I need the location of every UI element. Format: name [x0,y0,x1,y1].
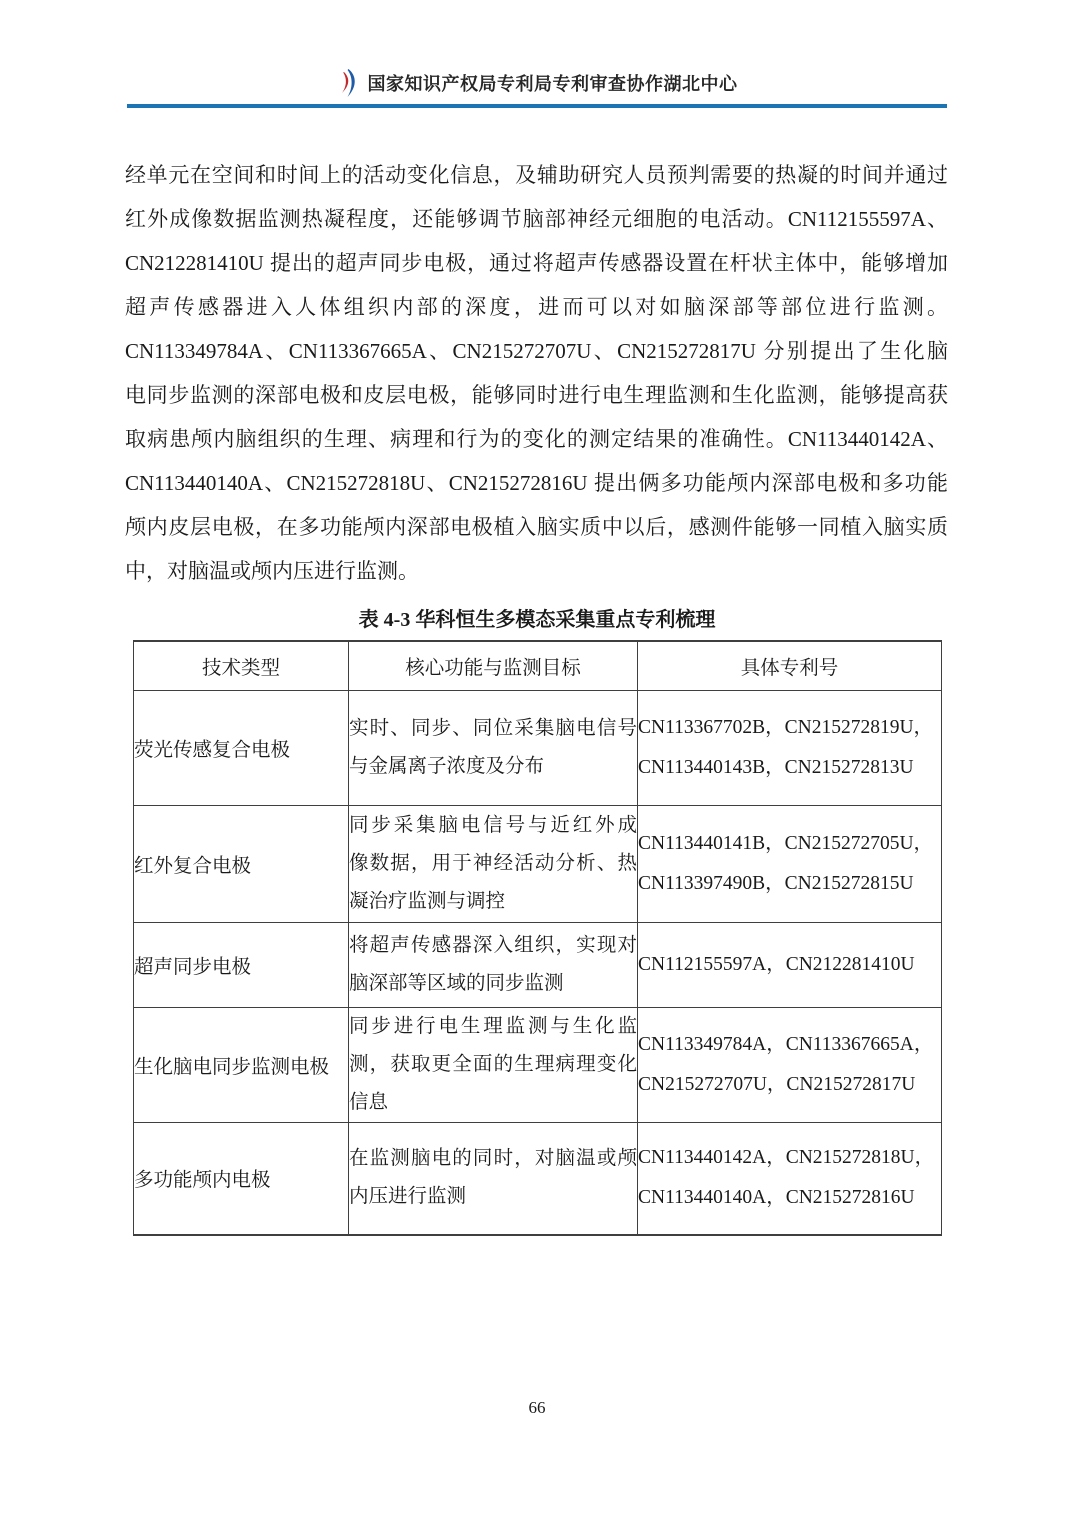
col-header-type: 技术类型 [134,641,349,691]
body-line: 电同步监测的深部电极和皮层电极，能够同时进行电生理监测和生化监测，能够提高获 [125,373,948,417]
cell-function-line: 测，获取更全面的生理病理变化 [349,1046,637,1084]
cell-patents: CN113349784A，CN113367665A， CN215272707U，… [638,1008,942,1123]
cell-patent-line: CN113397490B，CN215272815U [638,864,941,904]
cell-patents: CN113440142A，CN215272818U， CN113440140A，… [638,1123,942,1235]
cell-function-line: 脑深部等区域的同步监测 [349,965,637,1003]
cell-function-line: 同步进行电生理监测与生化监 [349,1008,637,1046]
cell-function-line: 与金属离子浓度及分布 [349,748,637,786]
cell-function: 实时、同步、同位采集脑电信号 与金属离子浓度及分布 [349,691,638,806]
cell-function-line: 信息 [349,1084,637,1122]
document-page: 国家知识产权局专利局专利审查协作湖北中心 经单元在空间和时间上的活动变化信息，及… [0,0,1074,1520]
header-rule [127,104,947,108]
col-header-patents: 具体专利号 [638,641,942,691]
body-line: CN113349784A、CN113367665A、CN215272707U、C… [125,329,948,373]
table-row: 生化脑电同步监测电极 同步进行电生理监测与生化监 测，获取更全面的生理病理变化 … [134,1008,942,1123]
cell-function-line: 将超声传感器深入组织，实现对 [349,927,637,965]
body-line: 颅内皮层电极，在多功能颅内深部电极植入脑实质中以后，感测件能够一同植入脑实质 [125,505,948,549]
cell-type: 生化脑电同步监测电极 [134,1008,349,1123]
cell-patent-line: CN113440140A，CN215272816U [638,1178,941,1218]
cell-type: 多功能颅内电极 [134,1123,349,1235]
cell-patent-line: CN113367702B，CN215272819U， [638,708,941,748]
table-row: 超声同步电极 将超声传感器深入组织，实现对 脑深部等区域的同步监测 CN1121… [134,923,942,1008]
cell-function: 同步采集脑电信号与近红外成 像数据，用于神经活动分析、热 凝治疗监测与调控 [349,806,638,923]
cell-patent-line: CN113440142A，CN215272818U， [638,1138,941,1178]
body-line: 超声传感器进入人体组织内部的深度，进而可以对如脑深部等部位进行监测。 [125,285,948,329]
body-line: 经单元在空间和时间上的活动变化信息，及辅助研究人员预判需要的热凝的时间并通过 [125,153,948,197]
cell-function-line: 实时、同步、同位采集脑电信号 [349,710,637,748]
cell-function-line: 内压进行监测 [349,1178,637,1216]
cell-function: 将超声传感器深入组织，实现对 脑深部等区域的同步监测 [349,923,638,1008]
cell-patent-line: CN113349784A，CN113367665A， [638,1025,941,1065]
table-row: 红外复合电极 同步采集脑电信号与近红外成 像数据，用于神经活动分析、热 凝治疗监… [134,806,942,923]
page-header: 国家知识产权局专利局专利审查协作湖北中心 [0,66,1074,100]
cell-type: 超声同步电极 [134,923,349,1008]
org-logo-icon [337,68,359,98]
cell-patents: CN113440141B，CN215272705U， CN113397490B，… [638,806,942,923]
cell-function-line: 凝治疗监测与调控 [349,883,637,921]
cell-function: 同步进行电生理监测与生化监 测，获取更全面的生理病理变化 信息 [349,1008,638,1123]
cell-function: 在监测脑电的同时，对脑温或颅 内压进行监测 [349,1123,638,1235]
cell-patent-line: CN112155597A，CN212281410U [638,945,941,985]
cell-type: 荧光传感复合电极 [134,691,349,806]
org-name: 国家知识产权局专利局专利审查协作湖北中心 [368,70,738,96]
cell-patents: CN112155597A，CN212281410U [638,923,942,1008]
cell-function-line: 在监测脑电的同时，对脑温或颅 [349,1140,637,1178]
body-line: CN113440140A、CN215272818U、CN215272816U 提… [125,461,948,505]
patent-table: 技术类型 核心功能与监测目标 具体专利号 荧光传感复合电极 实时、同步、同位采集… [133,640,942,1236]
cell-patent-line: CN113440141B，CN215272705U， [638,824,941,864]
body-line: 中，对脑温或颅内压进行监测。 [125,549,948,593]
cell-patent-line: CN113440143B，CN215272813U [638,748,941,788]
cell-type: 红外复合电极 [134,806,349,923]
body-line: CN212281410U 提出的超声同步电极，通过将超声传感器设置在杆状主体中，… [125,241,948,285]
body-line: 红外成像数据监测热凝程度，还能够调节脑部神经元细胞的电活动。CN11215559… [125,197,948,241]
cell-patents: CN113367702B，CN215272819U， CN113440143B，… [638,691,942,806]
cell-function-line: 像数据，用于神经活动分析、热 [349,845,637,883]
col-header-function: 核心功能与监测目标 [349,641,638,691]
cell-function-line: 同步采集脑电信号与近红外成 [349,807,637,845]
table-row: 荧光传感复合电极 实时、同步、同位采集脑电信号 与金属离子浓度及分布 CN113… [134,691,942,806]
table-caption: 表 4-3 华科恒生多模态采集重点专利梳理 [0,603,1074,632]
table-header-row: 技术类型 核心功能与监测目标 具体专利号 [134,641,942,691]
page-number: 66 [0,1398,1074,1418]
body-line: 取病患颅内脑组织的生理、病理和行为的变化的测定结果的准确性。CN11344014… [125,417,948,461]
body-paragraph: 经单元在空间和时间上的活动变化信息，及辅助研究人员预判需要的热凝的时间并通过 红… [125,153,948,593]
table-row: 多功能颅内电极 在监测脑电的同时，对脑温或颅 内压进行监测 CN11344014… [134,1123,942,1235]
cell-patent-line: CN215272707U，CN215272817U [638,1065,941,1105]
